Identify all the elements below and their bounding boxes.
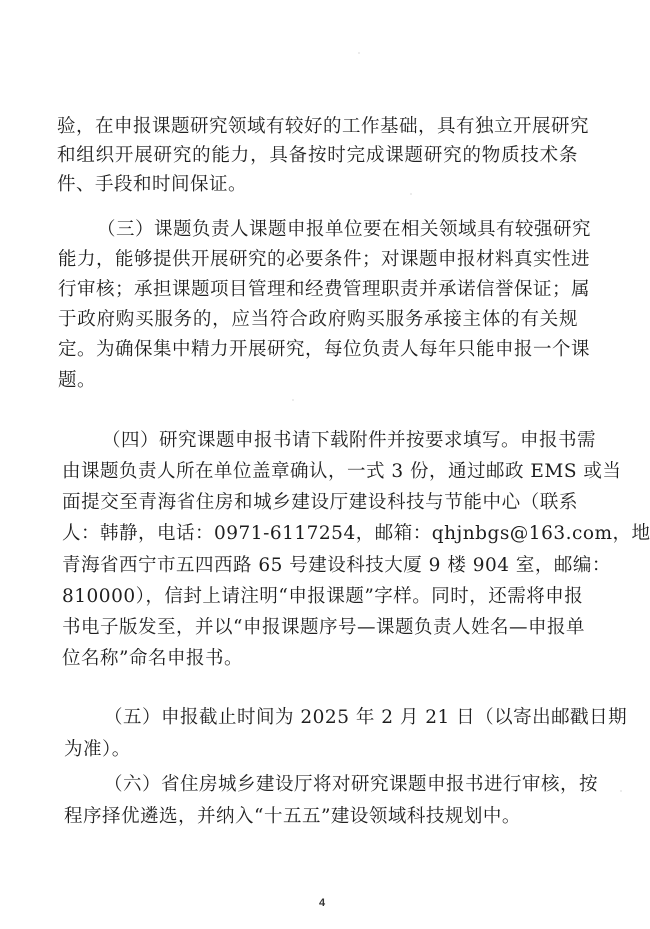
- text-line: 件、手段和时间保证。: [57, 173, 578, 197]
- text-line: 行审核；承担课题项目管理和经费管理职责并承诺信誉保证；属: [58, 278, 578, 302]
- text-line: （四）研究课题申报书请下载附件并按要求填写。申报书需: [102, 429, 578, 453]
- text-line: 810000），信封上请注明“申报课题”字样。同时，还需将申报: [62, 585, 578, 609]
- scan-speck: [358, 52, 360, 54]
- text-line: 位名称”命名申报书。: [62, 647, 578, 671]
- document-page: 验，在申报课题研究领域有较好的工作基础，具有独立开展研究 和组织开展研究的能力，…: [0, 0, 650, 929]
- scan-speck: [620, 790, 622, 792]
- text-line: 青海省西宁市五四西路 65 号建设科技大厦 9 楼 904 室，邮编：: [62, 554, 566, 578]
- text-line: 为准）。: [64, 738, 578, 762]
- text-line: （六）省住房城乡建设厅将对研究课题申报书进行审核，按: [104, 773, 578, 797]
- text-line: 验，在申报课题研究领域有较好的工作基础，具有独立开展研究: [57, 115, 578, 139]
- text-line: 面提交至青海省住房和城乡建设厅建设科技与节能中心（联系: [62, 491, 578, 515]
- text-line: 能力，能够提供开展研究的必要条件；对课题申报材料真实性进: [58, 248, 578, 272]
- text-line: （三）课题负责人课题申报单位要在相关领域具有较强研究: [97, 218, 578, 242]
- text-line: 题。: [58, 369, 578, 393]
- text-line: 人：韩静，电话：0971-6117254，邮箱：qhjnbgs@163.com，…: [62, 522, 578, 546]
- text-line: 由课题负责人所在单位盖章确认，一式 3 份，通过邮政 EMS 或当: [62, 460, 578, 484]
- scan-speck: [410, 193, 412, 195]
- text-line: 书电子版发至，并以“申报课题序号—课题负责人姓名—申报单: [62, 616, 578, 640]
- text-line: 程序择优遴选，并纳入“十五五”建设领域科技规划中。: [64, 805, 578, 829]
- scan-speck: [292, 399, 294, 401]
- text-line: 于政府购买服务的，应当符合政府购买服务承接主体的有关规: [58, 308, 578, 332]
- text-line: （五）申报截止时间为 2025 年 2 月 21 日（以寄出邮戳日期: [104, 706, 578, 730]
- text-line: 定。为确保集中精力开展研究，每位负责人每年只能申报一个课: [58, 338, 578, 362]
- page-number: 4: [316, 897, 328, 909]
- text-line: 和组织开展研究的能力，具备按时完成课题研究的物质技术条: [57, 144, 578, 168]
